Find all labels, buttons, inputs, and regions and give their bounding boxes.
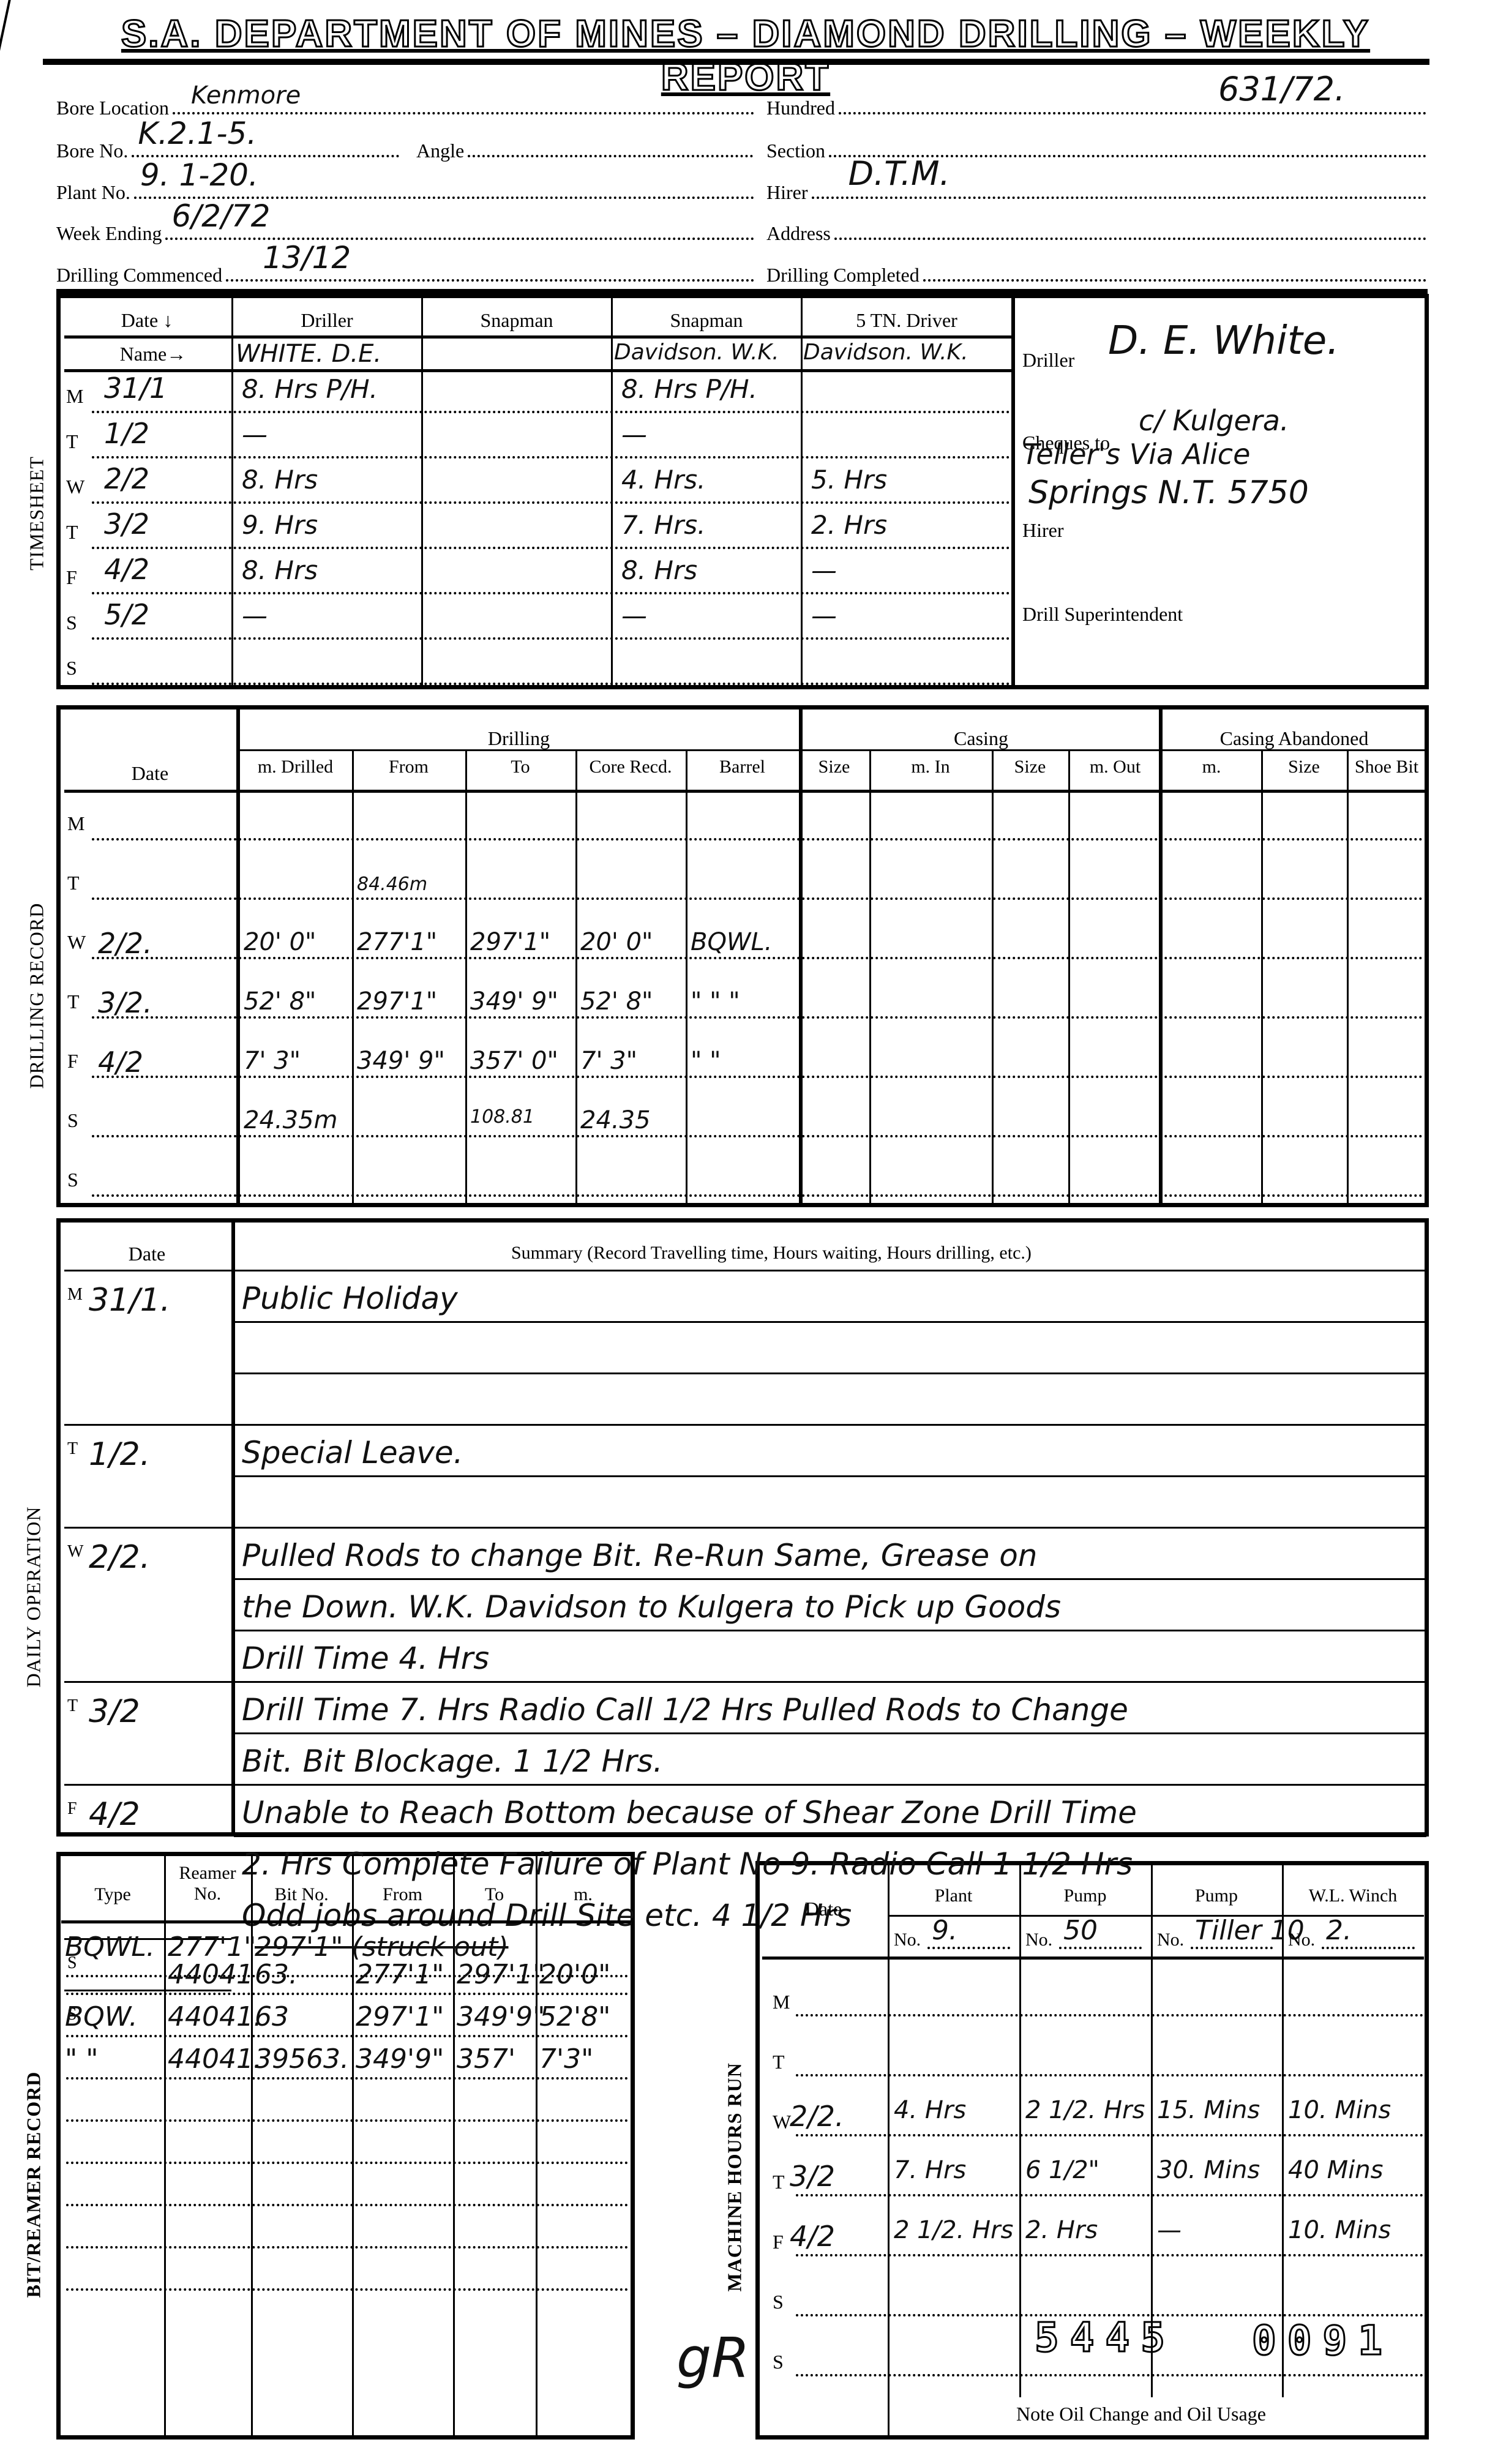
ts-date[interactable]: 1/2 — [104, 417, 149, 450]
mh-cell[interactable]: 4. Hrs — [894, 2096, 966, 2124]
mh-day: T — [773, 2171, 785, 2193]
field-hundred[interactable]: Hundred 631/72. — [766, 89, 1426, 119]
mh-date[interactable]: 3/2 — [790, 2160, 835, 2193]
hundred-value: 631/72. — [1218, 70, 1345, 108]
dr-cell[interactable]: BQWL. — [691, 928, 772, 956]
ts-cell[interactable]: — — [621, 419, 647, 449]
do-day: F — [67, 1799, 77, 1819]
dr-cell[interactable]: 357' 0" — [470, 1047, 558, 1075]
mh-col-no-label: No. — [1157, 1930, 1184, 1950]
br-cell[interactable]: 349'9" — [356, 2043, 444, 2075]
ts-name-snapman-2[interactable]: Davidson. W.K. — [614, 340, 779, 365]
side-superintendent-label: Drill Superintendent — [1022, 603, 1183, 626]
ts-day: T — [66, 430, 78, 453]
ts-day: S — [66, 612, 77, 634]
side-driller-value: D. E. White. — [1108, 318, 1339, 364]
dr-cell[interactable]: 108.81 — [470, 1106, 534, 1128]
mh-cell[interactable]: 15. Mins — [1157, 2096, 1260, 2124]
ts-day: T — [66, 521, 78, 544]
ts-col-date: Date ↓ — [67, 309, 227, 332]
br-cell[interactable]: BQWL. — [65, 1931, 155, 1963]
stamp-number-1: 5445 — [1035, 2314, 1176, 2361]
ts-day: S — [66, 657, 77, 680]
br-cell[interactable]: 7'3" — [539, 2043, 593, 2075]
br-cell[interactable]: BQW. — [65, 2001, 138, 2032]
drilling-commenced-value: 13/12 — [263, 240, 351, 275]
dr-cell[interactable]: " " " — [691, 987, 740, 1016]
mh-col-header: Plant — [888, 1885, 1019, 1906]
br-cell[interactable]: 349'9" — [457, 2001, 545, 2032]
dr-cell[interactable]: 20' 0" — [580, 928, 653, 956]
ts-day: F — [66, 566, 77, 589]
br-col-header: Bit No. — [251, 1884, 352, 1905]
br-cell[interactable]: 63. — [255, 1959, 298, 1990]
ts-cell[interactable]: 8. Hrs — [242, 555, 318, 585]
do-day: W — [67, 1542, 83, 1562]
mh-cell[interactable]: 40 Mins — [1288, 2156, 1383, 2184]
dr-cell[interactable]: 24.35m — [244, 1106, 337, 1134]
ts-cell[interactable]: 8. Hrs P/H. — [242, 374, 378, 404]
dr-date[interactable]: 2/2. — [98, 927, 152, 960]
mh-col-no-label: No. — [1025, 1930, 1052, 1950]
mh-col-no-label: No. — [1288, 1930, 1315, 1950]
mh-cell[interactable]: 2. Hrs — [1025, 2216, 1098, 2244]
mh-col-header: Pump — [1151, 1885, 1282, 1906]
dr-cell[interactable]: 297'1" — [470, 928, 550, 956]
dr-col-header: Size — [1261, 757, 1347, 777]
side-cheques-value-1: c/ Kulgera. — [1139, 404, 1289, 437]
dr-col-date: Date — [67, 762, 233, 785]
ts-col-snapman-2: Snapman — [612, 309, 801, 332]
mh-date[interactable]: 4/2 — [790, 2220, 835, 2253]
mh-day: S — [773, 2351, 784, 2373]
dr-day: T — [67, 872, 80, 894]
ts-cell[interactable]: — — [811, 555, 837, 585]
do-summary-line[interactable]: 2. Hrs Complete Failure of Plant No 9. R… — [242, 1846, 1133, 1882]
mh-cell[interactable]: 7. Hrs — [894, 2156, 966, 2184]
ts-date[interactable]: 3/2 — [104, 507, 149, 541]
br-cell[interactable]: 44041. — [168, 2043, 262, 2075]
dr-col-header: Size — [992, 757, 1068, 777]
mh-day: M — [773, 1991, 790, 2013]
br-cell[interactable]: 39563. — [255, 2043, 349, 2075]
side-driller-label: Driller — [1022, 349, 1074, 372]
dr-col-header: m. — [1162, 757, 1261, 777]
br-cell[interactable]: 63 — [255, 2001, 289, 2032]
br-cell[interactable]: " " — [65, 2043, 98, 2075]
dr-day: F — [67, 1050, 78, 1073]
br-cell[interactable]: 44041 — [168, 1959, 253, 1990]
do-summary-line[interactable]: Public Holiday — [242, 1281, 458, 1316]
dr-day: M — [67, 812, 84, 835]
mh-col-no-value[interactable]: 2. — [1326, 1915, 1352, 1946]
mh-cell[interactable]: 2 1/2. Hrs — [894, 2216, 1013, 2244]
dr-col-header: Core Recd. — [575, 757, 686, 777]
do-summary-line[interactable]: Drill Time 4. Hrs — [242, 1641, 489, 1676]
mh-cell[interactable]: 6 1/2" — [1025, 2156, 1099, 2184]
br-cell[interactable]: 357' — [457, 2043, 515, 2075]
br-cell[interactable]: 277'1" — [356, 1959, 444, 1990]
br-cell[interactable]: 20'0" — [539, 1959, 610, 1990]
do-date[interactable]: 3/2 — [89, 1693, 140, 1730]
br-col-header: Reamer No. — [164, 1863, 251, 1904]
do-date[interactable]: 4/2 — [89, 1796, 140, 1833]
oil-note: Note Oil Change and Oil Usage — [1016, 2403, 1266, 2425]
hirer-value: D.T.M. — [848, 154, 950, 193]
dr-day: T — [67, 990, 80, 1013]
ts-name-driver[interactable]: Davidson. W.K. — [803, 340, 968, 365]
br-col-header: To — [453, 1884, 536, 1905]
week-ending-value: 6/2/72 — [171, 198, 270, 234]
dr-cell[interactable]: 52' 8" — [580, 987, 653, 1016]
ts-name-driller[interactable]: WHITE. D.E. — [236, 340, 381, 368]
dr-cell[interactable]: 349' 9" — [357, 1047, 445, 1075]
dr-col-header: To — [465, 757, 575, 777]
ts-date[interactable]: 5/2 — [104, 598, 149, 631]
dr-group-drilling: Drilling — [239, 727, 799, 750]
ts-cell[interactable]: 8. Hrs P/H. — [621, 374, 757, 404]
dr-col-header: From — [352, 757, 465, 777]
do-date[interactable]: 2/2. — [89, 1539, 150, 1576]
signature-initials: gR — [676, 2326, 750, 2391]
ts-cell[interactable]: — — [242, 601, 268, 631]
dr-col-header: Shoe Bit — [1347, 757, 1426, 777]
br-col-header: Type — [61, 1884, 164, 1905]
dr-cell[interactable]: 297'1" — [357, 987, 437, 1016]
dr-group-casing: Casing — [802, 727, 1160, 750]
ts-date[interactable]: 31/1 — [104, 372, 167, 405]
ts-day: M — [66, 385, 83, 408]
mh-day: S — [773, 2291, 784, 2313]
dr-cell[interactable]: 7' 3" — [580, 1047, 637, 1075]
mh-cell[interactable]: 30. Mins — [1157, 2156, 1260, 2184]
bit-reamer-label: BIT/REAMER RECORD — [23, 2096, 45, 2298]
mh-cell[interactable]: 10. Mins — [1288, 2216, 1391, 2244]
side-cheques-value-2: Teller's Via Alice — [1022, 438, 1250, 471]
title-rule — [43, 59, 1429, 65]
mh-col-no-label: No. — [894, 1930, 921, 1950]
dr-date[interactable]: 4/2 — [98, 1046, 143, 1079]
dr-day: S — [67, 1169, 78, 1191]
do-summary-line[interactable]: the Down. W.K. Davidson to Kulgera to Pi… — [242, 1589, 1061, 1625]
header-rule — [56, 289, 1428, 294]
ts-cell[interactable]: — — [811, 601, 837, 631]
field-week-ending[interactable]: Week Ending 6/2/72 — [56, 214, 754, 245]
mh-day: T — [773, 2051, 785, 2073]
do-summary-line[interactable]: Special Leave. — [242, 1435, 463, 1470]
mh-col-no-value[interactable]: 50 — [1063, 1915, 1098, 1946]
side-cheques-value-3: Springs N.T. 5750 — [1028, 474, 1309, 511]
br-cell[interactable]: 277'1" — [168, 1931, 256, 1963]
ts-cell[interactable]: 4. Hrs. — [621, 465, 706, 495]
ts-name-label: Name→ — [92, 343, 214, 365]
dr-cell[interactable]: 7' 3" — [244, 1047, 301, 1075]
dr-col-header: Size — [799, 757, 869, 777]
dr-col-header: m. Out — [1068, 757, 1162, 777]
ts-date[interactable]: 4/2 — [104, 553, 149, 586]
field-angle[interactable]: Angle — [416, 132, 753, 162]
mh-cell[interactable]: — — [1157, 2216, 1182, 2244]
ts-cell[interactable]: — — [242, 419, 268, 449]
br-cell[interactable]: 52'8" — [539, 2001, 610, 2032]
mh-day: F — [773, 2231, 784, 2253]
mh-cell[interactable]: 2 1/2. Hrs — [1025, 2096, 1145, 2124]
field-drilling-commenced[interactable]: Drilling Commenced 13/12 — [56, 256, 754, 286]
dr-day: S — [67, 1109, 78, 1132]
bore-no-value: K.2.1-5. — [138, 116, 257, 151]
field-address[interactable]: Address — [766, 214, 1426, 245]
dr-cell[interactable]: 277'1" — [357, 928, 437, 956]
drilling-record-label: DRILLING RECORD — [26, 905, 48, 1089]
mh-col-header: W.L. Winch — [1282, 1885, 1424, 1906]
field-bore-location[interactable]: Bore Location Kenmore — [56, 89, 754, 119]
dr-cell[interactable]: 84.46m — [357, 874, 427, 895]
mh-col-header: Pump — [1019, 1885, 1151, 1906]
dr-cell[interactable]: 24.35 — [580, 1106, 651, 1134]
dr-day: W — [67, 931, 86, 954]
do-summary-line[interactable]: Pulled Rods to change Bit. Re-Run Same, … — [242, 1538, 1038, 1573]
do-date[interactable]: 31/1. — [89, 1282, 170, 1319]
ts-cell[interactable]: 8. Hrs — [242, 465, 318, 495]
br-cell[interactable]: 44041. — [168, 2001, 262, 2032]
ts-col-snapman-1: Snapman — [422, 309, 611, 332]
br-cell[interactable]: 297'1" (struck out) — [255, 1931, 509, 1963]
field-drilling-completed[interactable]: Drilling Completed — [766, 256, 1426, 286]
do-summary-line[interactable]: Unable to Reach Bottom because of Shear … — [242, 1795, 1137, 1830]
br-col-header: m. — [536, 1884, 631, 1905]
dr-group-casing-abandoned: Casing Abandoned — [1162, 727, 1426, 750]
mh-cell[interactable]: 10. Mins — [1288, 2096, 1391, 2124]
dr-col-header: m. In — [869, 757, 992, 777]
do-summary-line[interactable]: Drill Time 7. Hrs Radio Call 1/2 Hrs Pul… — [242, 1692, 1128, 1728]
ts-cell[interactable]: 7. Hrs. — [621, 510, 706, 540]
field-hirer[interactable]: Hirer D.T.M. — [766, 173, 1426, 204]
ts-cell[interactable]: 2. Hrs — [811, 510, 887, 540]
dr-col-header: m. Drilled — [239, 757, 352, 777]
br-col-header: From — [352, 1884, 453, 1905]
ts-col-driller: Driller — [233, 309, 421, 332]
ts-cell[interactable]: 9. Hrs — [242, 510, 318, 540]
mh-date[interactable]: 2/2. — [790, 2100, 844, 2133]
machine-hours-label: MACHINE HOURS RUN — [724, 2090, 746, 2292]
bore-location-value: Kenmore — [191, 81, 301, 110]
ts-cell[interactable]: 8. Hrs — [621, 555, 697, 585]
ts-day: W — [66, 476, 84, 498]
dr-cell[interactable]: 52' 8" — [244, 987, 316, 1016]
ts-col-driver: 5 TN. Driver — [802, 309, 1011, 332]
do-day: M — [67, 1285, 83, 1305]
do-col-date: Date — [67, 1243, 227, 1265]
plant-no-value: 9. 1-20. — [140, 157, 258, 193]
dr-col-header: Barrel — [686, 757, 799, 777]
mh-col-date: Date — [759, 1898, 888, 1920]
field-plant-no[interactable]: Plant No. 9. 1-20. — [56, 173, 754, 204]
daily-operation-label: DAILY OPERATION — [23, 1496, 45, 1698]
dr-cell[interactable]: " " — [691, 1047, 721, 1075]
do-col-summary: Summary (Record Travelling time, Hours w… — [511, 1243, 1032, 1264]
do-day: T — [67, 1696, 78, 1716]
ts-date[interactable]: 2/2 — [104, 462, 149, 495]
mh-day: W — [773, 2111, 791, 2133]
ts-cell[interactable]: — — [621, 601, 647, 631]
do-summary-line[interactable]: Bit. Bit Blockage. 1 1/2 Hrs. — [242, 1743, 663, 1779]
timesheet-label: TIMESHEET — [26, 440, 48, 587]
dr-cell[interactable]: 20' 0" — [244, 928, 316, 956]
margin-mark — [0, 0, 11, 67]
stamp-number-2: 0091 — [1252, 2317, 1393, 2364]
br-cell[interactable]: 297'1" — [457, 1959, 545, 1990]
dr-date[interactable]: 3/2. — [98, 986, 152, 1019]
br-cell[interactable]: 297'1" — [356, 2001, 444, 2032]
do-date[interactable]: 1/2. — [89, 1436, 150, 1473]
side-hirer-label: Hirer — [1022, 519, 1064, 542]
do-day: T — [67, 1439, 78, 1459]
mh-col-no-value[interactable]: 9. — [932, 1915, 957, 1946]
ts-cell[interactable]: 5. Hrs — [811, 465, 887, 495]
dr-cell[interactable]: 349' 9" — [470, 987, 558, 1016]
